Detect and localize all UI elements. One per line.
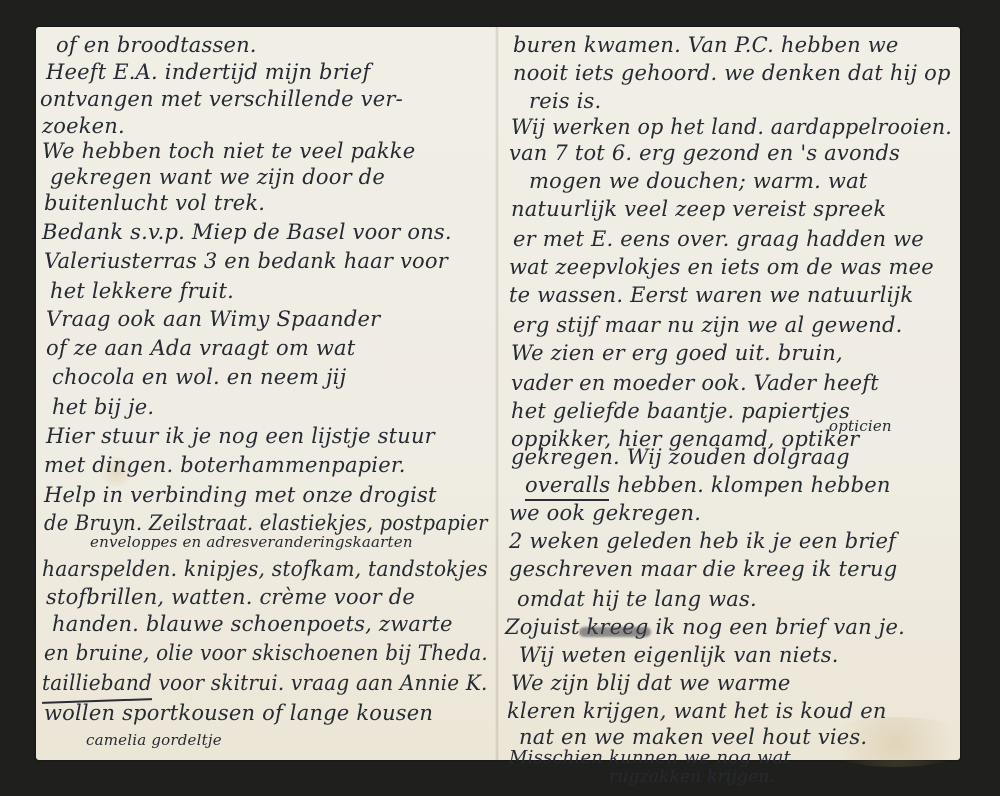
handwritten-line: stofbrillen, watten. crème voor de [46, 585, 415, 609]
handwritten-line: geschreven maar die kreeg ik terug [509, 557, 897, 581]
handwritten-line: Help in verbinding met onze drogist [44, 483, 437, 507]
handwritten-line: wat zeepvlokjes en iets om de was mee [509, 255, 934, 279]
handwritten-line: Valeriusterras 3 en bedank haar voor [44, 249, 448, 273]
handwritten-line: enveloppes en adresveranderingskaarten [90, 533, 413, 551]
handwritten-line: ontvangen met verschillende ver- [40, 87, 403, 111]
handwritten-line: chocola en wol. en neem jij [52, 365, 346, 389]
handwritten-line: gekregen want we zijn door de [50, 165, 385, 189]
handwritten-line: handen. blauwe schoenpoets, zwarte [52, 612, 453, 636]
handwritten-line: vader en moeder ook. Vader heeft [511, 371, 879, 395]
handwritten-line: de Bruyn. Zeilstraat. elastiekjes, postp… [44, 511, 488, 535]
handwritten-line: zoeken. [42, 114, 125, 138]
handwritten-line: te wassen. Eerst waren we natuurlijk [509, 283, 913, 307]
handwritten-line: haarspelden. knipjes, stofkam, tandstokj… [42, 557, 488, 581]
handwritten-line: We hebben toch niet te veel pakke [42, 139, 415, 163]
handwritten-line: Hier stuur ik je nog een lijstje stuur [46, 424, 435, 448]
letter-sheet: of en broodtassen. Heeft E.A. indertijd … [36, 27, 960, 760]
handwritten-line: Bedank s.v.p. Miep de Basel voor ons. [42, 220, 452, 244]
handwritten-line: Zojuist kreeg ik nog een brief van je. [505, 615, 905, 639]
handwritten-line: reis is. [529, 89, 601, 113]
handwritten-line: We zien er erg goed uit. bruin, [511, 341, 843, 365]
handwritten-line: of en broodtassen. [56, 33, 257, 57]
handwritten-line: er met E. eens over. graag hadden we [513, 227, 924, 251]
right-page: buren kwamen. Van P.C. hebben we nooit i… [499, 27, 960, 760]
handwritten-line: van 7 tot 6. erg gezond en 's avonds [509, 141, 900, 165]
handwritten-line: erg stijf maar nu zijn we al gewend. [513, 313, 902, 337]
handwritten-line: Vraag ook aan Wimy Spaander [46, 307, 380, 331]
handwritten-line: het bij je. [52, 395, 154, 419]
handwritten-line: Wij werken op het land. aardappelrooien. [511, 115, 952, 139]
handwritten-line: Wij weten eigenlijk van niets. [519, 643, 839, 667]
handwritten-line: Heeft E.A. indertijd mijn brief [46, 60, 370, 84]
handwritten-line: taillieband voor skitrui. vraag aan Anni… [42, 671, 488, 695]
handwritten-line: nooit iets gehoord. we denken dat hij op [513, 61, 951, 85]
handwritten-line: buren kwamen. Van P.C. hebben we [513, 33, 899, 57]
handwritten-line: nat en we maken veel hout vies. [519, 725, 867, 749]
handwritten-line: het geliefde baantje. papiertjes [511, 399, 850, 423]
interlinear-note: opticien [829, 417, 892, 435]
handwritten-line: kleren krijgen, want het is koud en [507, 699, 887, 723]
handwritten-line: natuurlijk veel zeep vereist spreek [511, 197, 886, 221]
handwritten-line: rugzakken krijgen. [609, 767, 775, 787]
handwritten-line: We zijn blij dat we warme [511, 671, 791, 695]
handwritten-line: of ze aan Ada vraagt om wat [46, 336, 355, 360]
left-page: of en broodtassen. Heeft E.A. indertijd … [36, 27, 496, 760]
handwritten-line: omdat hij te lang was. [517, 587, 757, 611]
handwritten-line: overalls hebben. klompen hebben [525, 473, 891, 497]
handwritten-line: gekregen. Wij zouden dolgraag [511, 445, 850, 469]
handwritten-line: we ook gekregen. [509, 501, 701, 525]
handwritten-line: wollen sportkousen of lange kousen [44, 701, 433, 725]
handwritten-line: mogen we douchen; warm. wat [529, 169, 867, 193]
ink-smudge-strikethrough [579, 627, 651, 637]
handwritten-line: en bruine, olie voor skischoenen bij The… [44, 641, 488, 665]
handwritten-line: met dingen. boterhammenpapier. [44, 453, 406, 477]
handwritten-line: Misschien kunnen we nog wat [509, 747, 791, 768]
handwritten-line: buitenlucht vol trek. [44, 191, 265, 215]
handwritten-line: het lekkere fruit. [50, 279, 234, 303]
handwritten-line: camelia gordeltje [86, 731, 222, 749]
handwritten-line: 2 weken geleden heb ik je een brief [509, 529, 896, 553]
